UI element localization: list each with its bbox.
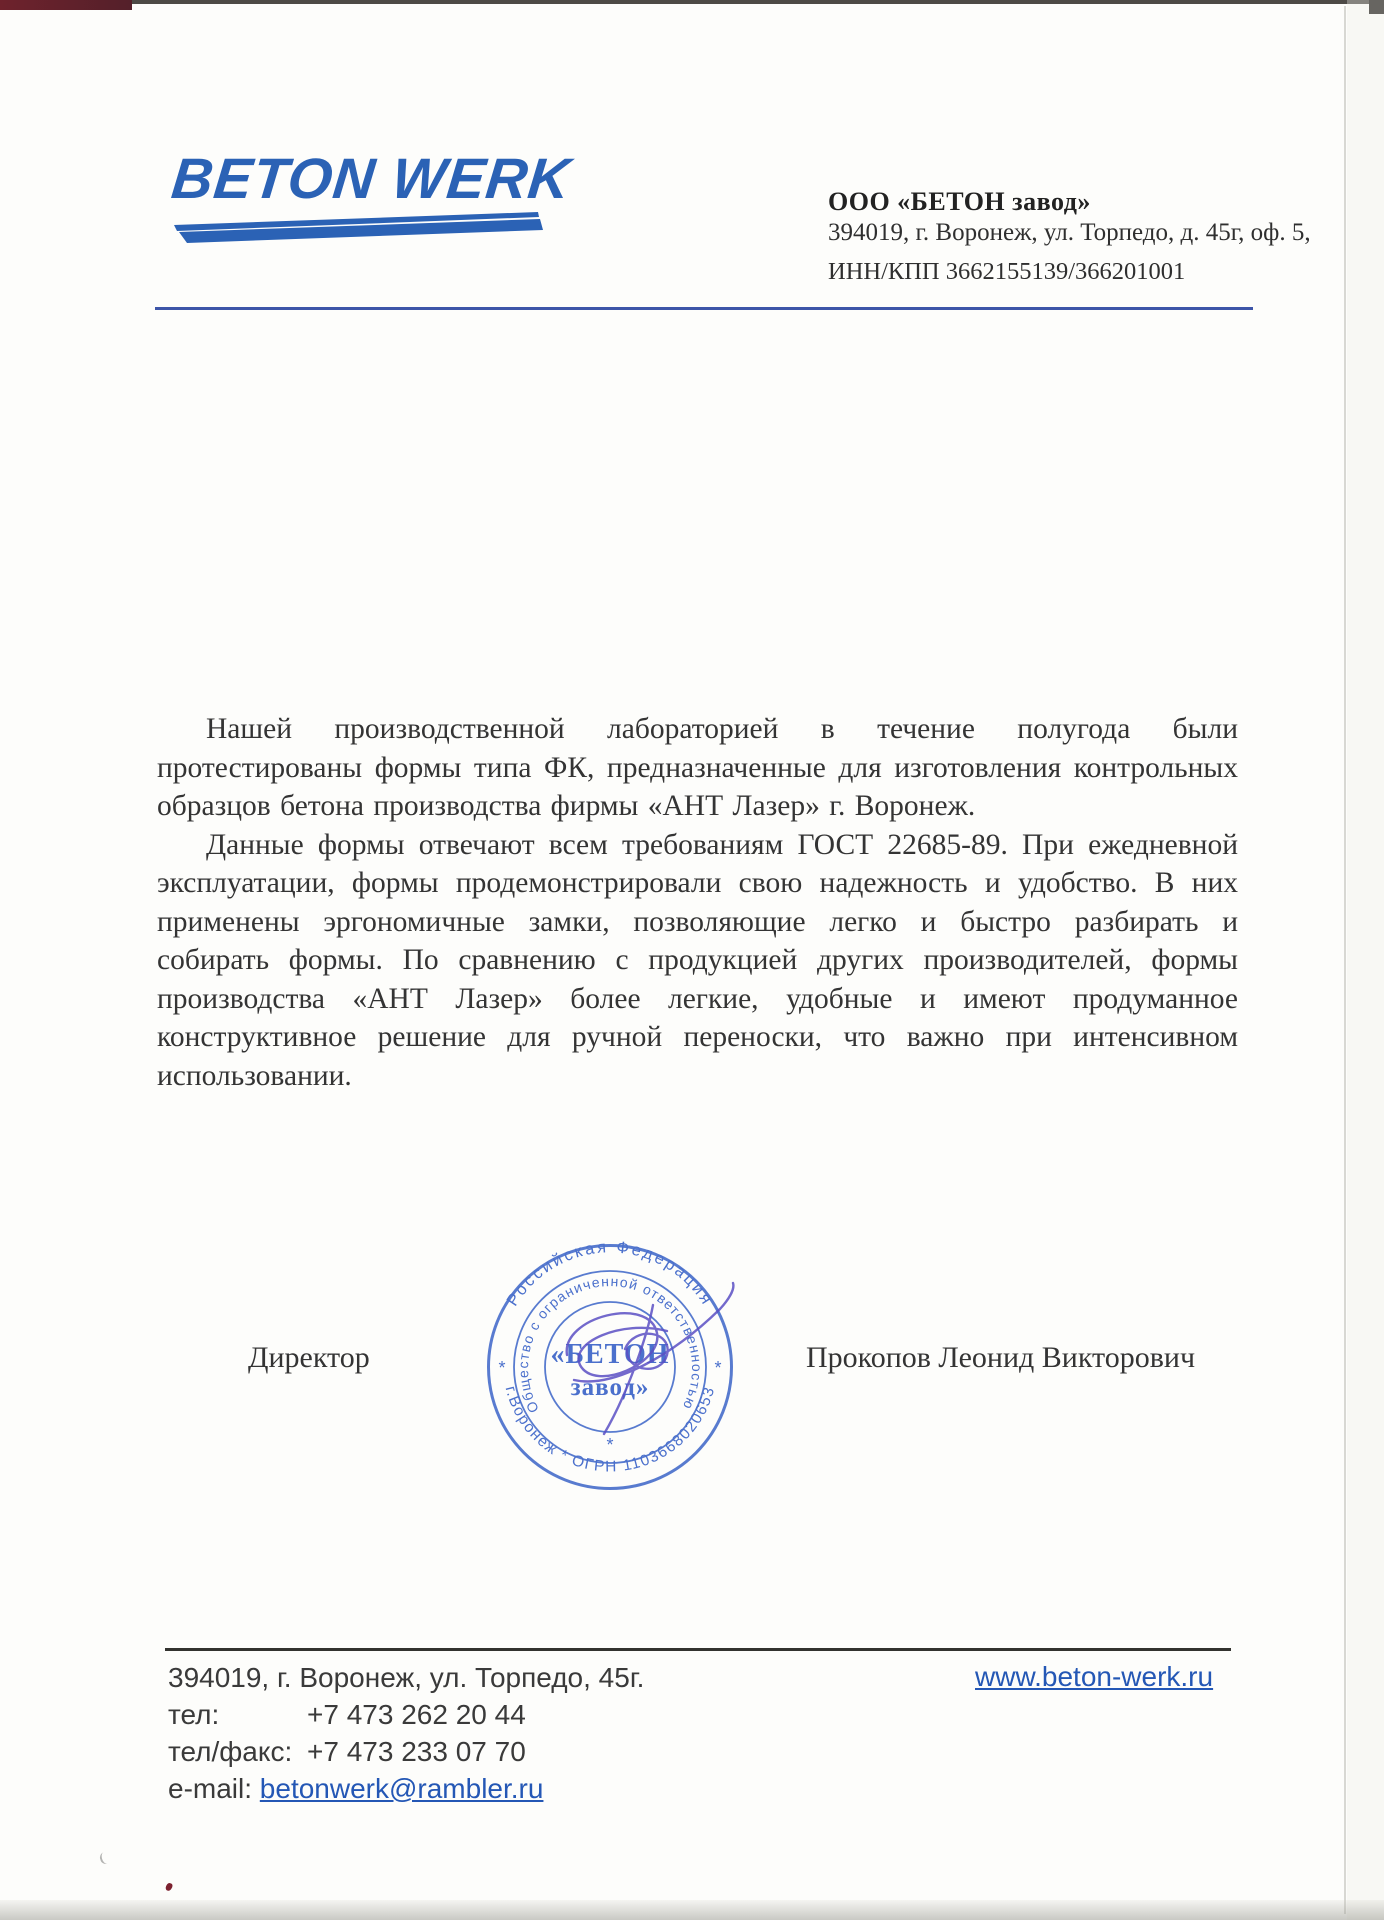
- footer-email-link[interactable]: betonwerk@rambler.ru: [260, 1773, 544, 1804]
- company-logo-text: BETON WERK: [169, 146, 574, 212]
- logo-underline-swoosh: [170, 210, 546, 244]
- header-divider-rule: [155, 307, 1253, 310]
- stamp-separator-right: *: [714, 1358, 721, 1378]
- footer-fax-row: тел/факс:+7 473 233 07 70: [168, 1733, 644, 1770]
- footer-website-link[interactable]: www.beton-werk.ru: [975, 1661, 1213, 1692]
- footer-phone-label: тел:: [168, 1696, 307, 1733]
- footer-website: www.beton-werk.ru: [975, 1661, 1213, 1693]
- scanned-letter-page: BETON WERK ООО «БЕТОН завод» 394019, г. …: [0, 0, 1384, 1920]
- company-stamp: Российская Федерация Общество с ограниче…: [477, 1237, 762, 1515]
- stamp-arc-top-text: Российская Федерация: [503, 1238, 716, 1309]
- footer-contact-block: 394019, г. Воронеж, ул. Торпедо, 45г. те…: [168, 1659, 644, 1807]
- body-paragraph-2: Данные формы отвечают всем требованиям Г…: [157, 826, 1238, 1096]
- footer-divider-rule: [165, 1648, 1231, 1651]
- scan-artifact-right-edge-line: [1344, 6, 1346, 1914]
- letter-body: Нашей производственной лабораторией в те…: [157, 710, 1238, 1095]
- scan-artifact-bottom-shadow: [0, 1900, 1384, 1920]
- scan-artifact-right-column: [1347, 0, 1384, 1920]
- footer-fax-label: тел/факс:: [168, 1733, 307, 1770]
- scan-artifact-gray-speck: [98, 1851, 112, 1866]
- company-address: 394019, г. Воронеж, ул. Торпедо, д. 45г,…: [828, 217, 1311, 248]
- footer-phone-row: тел:+7 473 262 20 44: [168, 1696, 644, 1733]
- letterhead-company-info: ООО «БЕТОН завод» 394019, г. Воронеж, ул…: [828, 186, 1311, 287]
- footer-address: 394019, г. Воронеж, ул. Торпедо, 45г.: [168, 1659, 644, 1696]
- footer-fax-value: +7 473 233 07 70: [307, 1736, 526, 1767]
- scan-artifact-top-maroon-bar: [0, 0, 132, 10]
- stamp-separator-bottom: *: [606, 1435, 613, 1455]
- footer-phone-value: +7 473 262 20 44: [307, 1699, 526, 1730]
- company-inn-kpp: ИНН/КПП 3662155139/366201001: [828, 256, 1311, 287]
- body-paragraph-1: Нашей производственной лабораторией в те…: [157, 710, 1238, 826]
- company-name: ООО «БЕТОН завод»: [828, 186, 1311, 217]
- footer-email-label: e-mail:: [168, 1773, 252, 1804]
- scan-artifact-red-speck: [165, 1882, 174, 1892]
- signer-title: Директор: [248, 1341, 370, 1375]
- signer-name: Прокопов Леонид Викторович: [806, 1341, 1195, 1375]
- stamp-separator-left: *: [498, 1358, 505, 1378]
- scan-artifact-top-line: [132, 0, 1384, 4]
- footer-email-row: e-mail: betonwerk@rambler.ru: [168, 1770, 644, 1807]
